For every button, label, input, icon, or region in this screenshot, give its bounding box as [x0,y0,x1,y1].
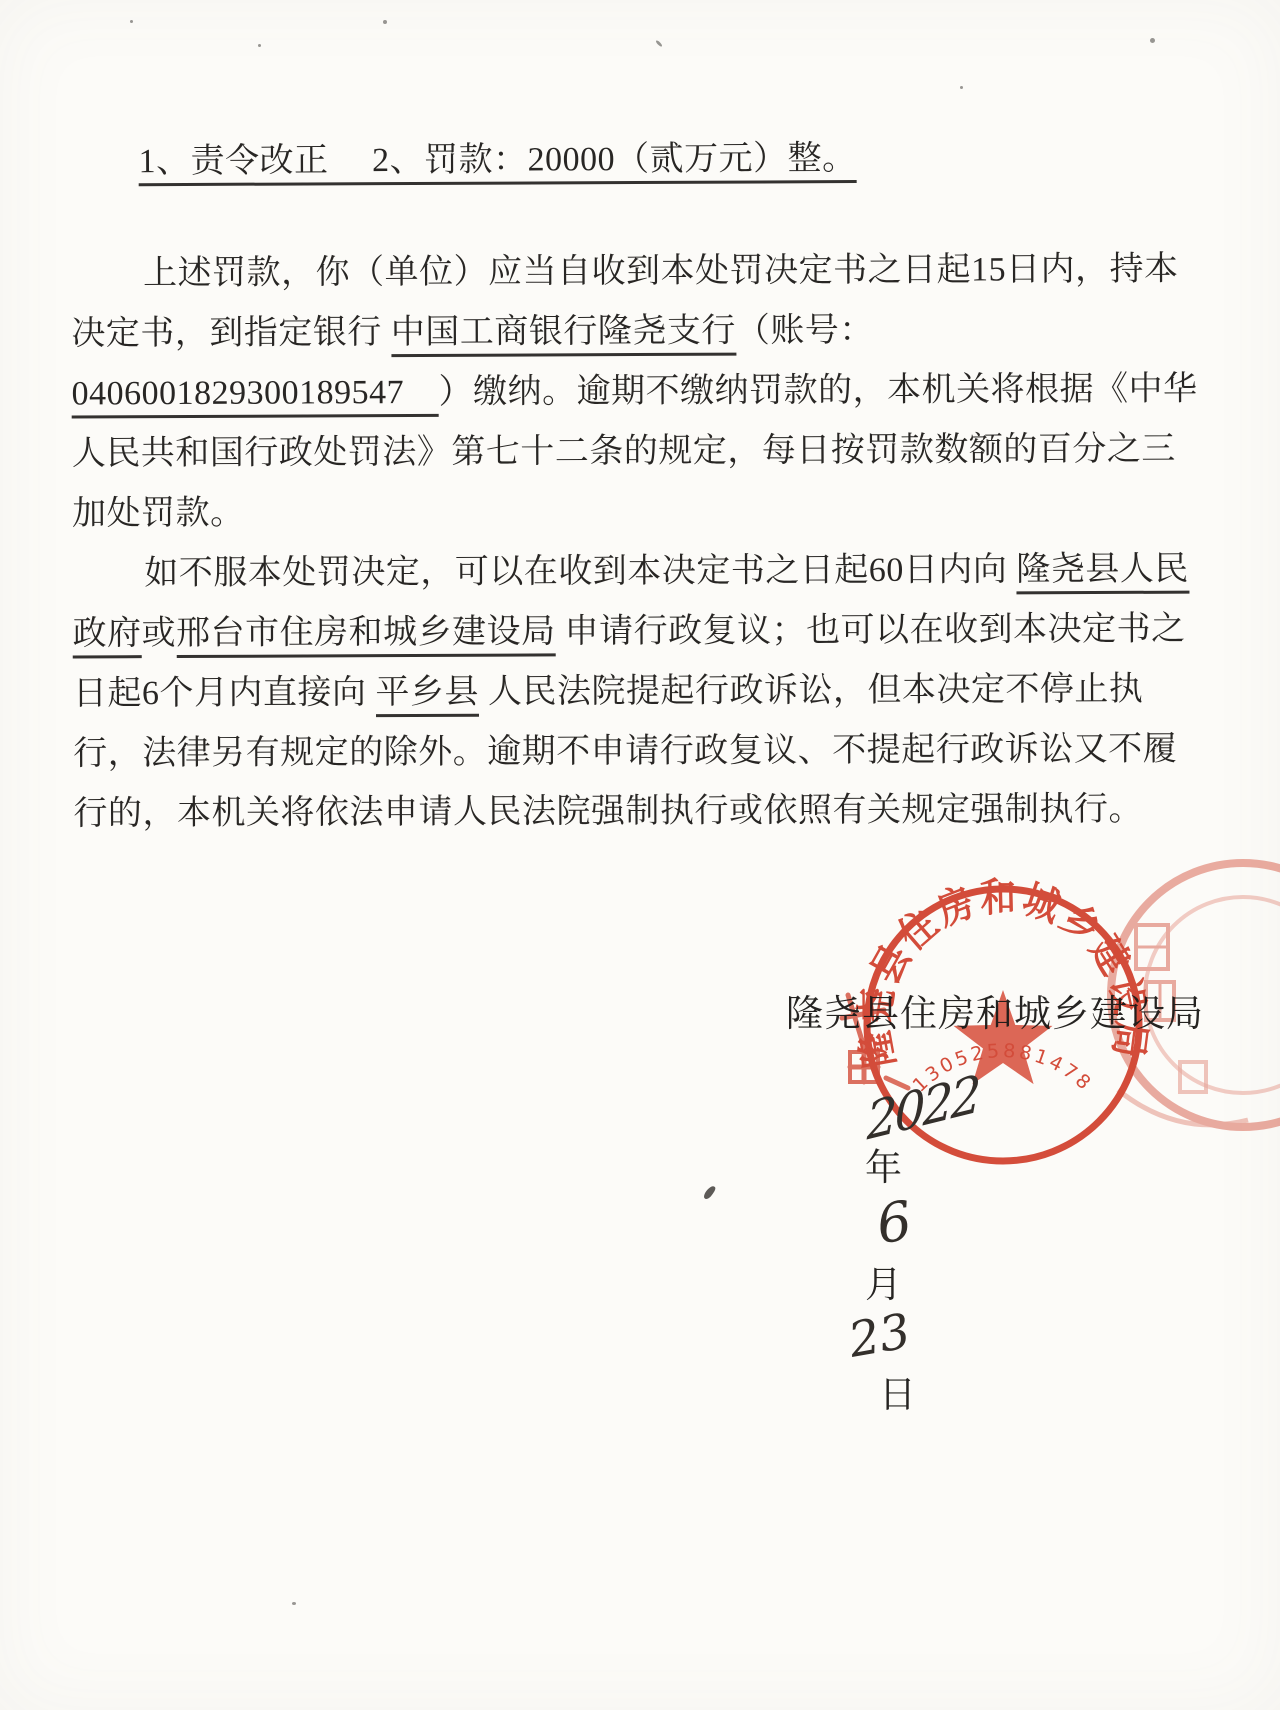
document-line: 上述罚款，你（单位）应当自收到本处罚决定书之日起15日内，持本 [71,240,1211,305]
document-body: 1、责令改正 2、罚款：20000（贰万元）整。上述罚款，你（单位）应当自收到本… [70,128,1213,845]
document-text: 加处罚款。 [72,495,245,533]
filled-blank-text: 中国工商银行隆尧支行 [391,313,736,358]
document-text: 人民共和国行政处罚法》第七十二条的规定，每日按罚款数额的百分之三 [72,431,1176,473]
document-line: 加处罚款。 [72,480,1212,545]
issuing-agency: 隆尧县住房和城乡建设局 [786,983,1204,1037]
filled-blank-text: 平乡县 [375,674,479,717]
handwritten-year: 2022 [867,1064,979,1152]
scan-speck [655,40,663,48]
scan-speck [960,86,963,89]
document-line: 人民共和国行政处罚法》第七十二条的规定，每日按罚款数额的百分之三 [72,420,1212,485]
month-label: 月 [865,1254,904,1308]
scanned-document-page: 隆尧县住房和城乡建设局 1305258814789 [0,0,1280,1710]
document-text: 人民法院提起行政诉讼，但本决定不停止执 [479,671,1144,711]
document-text: （账号： [736,312,874,350]
document-line: 决定书，到指定银行 中国工商银行隆尧支行（账号： [71,300,1211,365]
scan-speck [383,20,387,24]
document-text: 行，法律另有规定的除外。逾期不申请行政复议、不提起行政诉讼又不履 [73,731,1177,773]
filled-blank-text: 1、责令改正 2、罚款：20000（贰万元）整。 [138,140,856,186]
handwritten-day: 23 [845,1303,915,1369]
filled-blank-text: 0406001829300189547 [72,374,439,419]
filled-blank-text: 隆尧县人民 [1016,551,1189,595]
scan-speck [258,44,261,47]
document-text: ）缴纳。逾期不缴纳罚款的，本机关将根据《中华 [439,371,1198,411]
document-text: 上述罚款，你（单位）应当自收到本处罚决定书之日起15日内，持本 [143,251,1179,293]
scan-ink-mark [703,1184,717,1200]
scan-speck [130,20,133,23]
document-line: 如不服本处罚决定，可以在收到本决定书之日起60日内向 隆尧县人民 [72,540,1212,605]
document-text: 日起6个月内直接向 [73,674,376,712]
document-line: 日起6个月内直接向 平乡县 人民法院提起行政诉讼，但本决定不停止执 [73,660,1213,725]
scan-speck [292,1602,296,1605]
document-line: 0406001829300189547 ）缴纳。逾期不缴纳罚款的，本机关将根据《… [71,360,1211,425]
scan-speck [1150,38,1155,43]
document-text: 行的，本机关将依法申请人民法院强制执行或依照有关规定强制执行。 [73,791,1143,833]
document-line: 行，法律另有规定的除外。逾期不申请行政复议、不提起行政诉讼又不履 [73,720,1213,785]
document-line: 行的，本机关将依法申请人民法院强制执行或依照有关规定强制执行。 [73,780,1213,845]
handwritten-month: 6 [873,1189,916,1256]
decision-date: 2022 年 6 月 23 日 [828,1036,982,1461]
day-label: 日 [879,1364,918,1418]
filled-blank-text: 政府 [73,615,142,658]
document-text: 申请行政复议；也可以在收到本决定书之 [556,611,1186,651]
document-text: 决定书，到指定银行 [71,314,391,352]
document-text: 如不服本处罚决定，可以在收到本决定书之日起60日内向 [144,551,1016,592]
document-text: 或 [142,615,177,652]
document-line: 政府或邢台市住房和城乡建设局 申请行政复议；也可以在收到本决定书之 [73,600,1213,665]
filled-blank-text: 邢台市住房和城乡建设局 [176,613,556,658]
document-line: 1、责令改正 2、罚款：20000（贰万元）整。 [70,128,1210,193]
